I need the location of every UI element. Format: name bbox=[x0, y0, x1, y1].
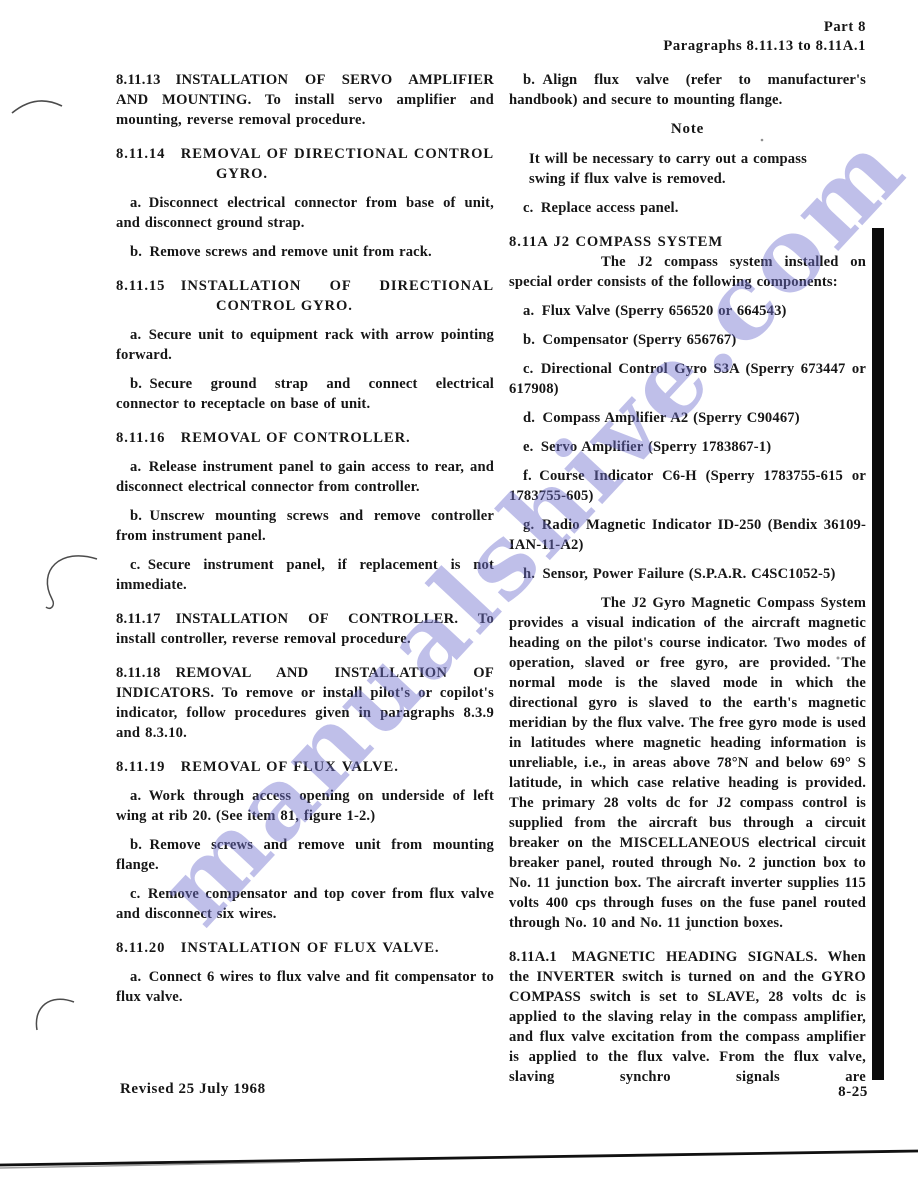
step-8-11-15-b: b. Secure ground strap and connect elect… bbox=[116, 374, 494, 414]
heading-8-11a: 8.11A J2 COMPASS SYSTEM bbox=[509, 232, 866, 252]
page-header: Part 8 Paragraphs 8.11.13 to 8.11A.1 bbox=[663, 18, 866, 56]
right-column: b. Align flux valve (refer to manufactur… bbox=[509, 70, 866, 1090]
para-8-11-13: 8.11.13 INSTALLATION OF SERVO AMPLIFIER … bbox=[116, 70, 494, 130]
component-b: b. Compensator (Sperry 656767) bbox=[509, 330, 866, 350]
component-f: f. Course Indicator C6-H (Sperry 1783755… bbox=[509, 466, 866, 506]
component-d: d. Compass Amplifier A2 (Sperry C90467) bbox=[509, 408, 866, 428]
left-column: 8.11.13 INSTALLATION OF SERVO AMPLIFIER … bbox=[116, 70, 494, 1090]
para-8-11-17: 8.11.17 INSTALLATION OF CONTROLLER. To i… bbox=[116, 609, 494, 649]
component-a: a. Flux Valve (Sperry 656520 or 664543) bbox=[509, 301, 866, 321]
step-8-11-20-b: b. Align flux valve (refer to manufactur… bbox=[509, 70, 866, 110]
footer-revision-date: Revised 25 July 1968 bbox=[120, 1081, 266, 1098]
heading-8-11-15: 8.11.15 INSTALLATION OF DIRECTIONAL CONT… bbox=[116, 276, 494, 316]
step-8-11-19-a: a. Work through access opening on unders… bbox=[116, 786, 494, 826]
step-8-11-14-a: a. Disconnect electrical connector from … bbox=[116, 193, 494, 233]
margin-pen-mark-bottom bbox=[36, 999, 74, 1030]
bottom-scan-edge-shadow bbox=[0, 1162, 300, 1168]
step-8-11-19-c: c. Remove compensator and top cover from… bbox=[116, 884, 494, 924]
note-heading: Note bbox=[509, 119, 866, 139]
component-g: g. Radio Magnetic Indicator ID-250 (Bend… bbox=[509, 515, 866, 555]
margin-pen-mark-top bbox=[12, 101, 62, 113]
heading-8-11-20: 8.11.20 INSTALLATION OF FLUX VALVE. bbox=[116, 938, 494, 958]
component-h: h. Sensor, Power Failure (S.P.A.R. C4SC1… bbox=[509, 564, 866, 584]
step-8-11-14-b: b. Remove screws and remove unit from ra… bbox=[116, 242, 494, 262]
step-8-11-20-c: c. Replace access panel. bbox=[509, 198, 866, 218]
step-8-11-16-c: c. Secure instrument panel, if replaceme… bbox=[116, 555, 494, 595]
heading-8-11-16: 8.11.16 REMOVAL OF CONTROLLER. bbox=[116, 428, 494, 448]
component-c: c. Directional Control Gyro S3A (Sperry … bbox=[509, 359, 866, 399]
margin-pen-mark-middle bbox=[46, 556, 97, 609]
manual-page: Part 8 Paragraphs 8.11.13 to 8.11A.1 8.1… bbox=[0, 0, 918, 1188]
para-8-11a-body: The J2 Gyro Magnetic Compass System prov… bbox=[509, 593, 866, 933]
para-8-11a-1: 8.11A.1 MAGNETIC HEADING SIGNALS. When t… bbox=[509, 947, 866, 1087]
step-8-11-20-a: a. Connect 6 wires to flux valve and fit… bbox=[116, 967, 494, 1007]
revision-change-bar bbox=[872, 228, 884, 1080]
component-e: e. Servo Amplifier (Sperry 1783867-1) bbox=[509, 437, 866, 457]
heading-8-11-14: 8.11.14 REMOVAL OF DIRECTIONAL CONTROL G… bbox=[116, 144, 494, 184]
header-paragraph-range: Paragraphs 8.11.13 to 8.11A.1 bbox=[663, 37, 866, 56]
para-8-11-18: 8.11.18 REMOVAL AND INSTALLATION OF INDI… bbox=[116, 663, 494, 743]
heading-8-11-19: 8.11.19 REMOVAL OF FLUX VALVE. bbox=[116, 757, 494, 777]
step-8-11-15-a: a. Secure unit to equipment rack with ar… bbox=[116, 325, 494, 365]
header-part: Part 8 bbox=[663, 18, 866, 37]
step-8-11-16-a: a. Release instrument panel to gain acce… bbox=[116, 457, 494, 497]
step-8-11-19-b: b. Remove screws and remove unit from mo… bbox=[116, 835, 494, 875]
footer-page-number: 8-25 bbox=[838, 1084, 868, 1101]
note-body: It will be necessary to carry out a comp… bbox=[509, 149, 866, 189]
step-8-11-16-b: b. Unscrew mounting screws and remove co… bbox=[116, 506, 494, 546]
bottom-scan-edge bbox=[0, 1151, 918, 1165]
para-8-11a-intro: The J2 compass system installed on speci… bbox=[509, 252, 866, 292]
